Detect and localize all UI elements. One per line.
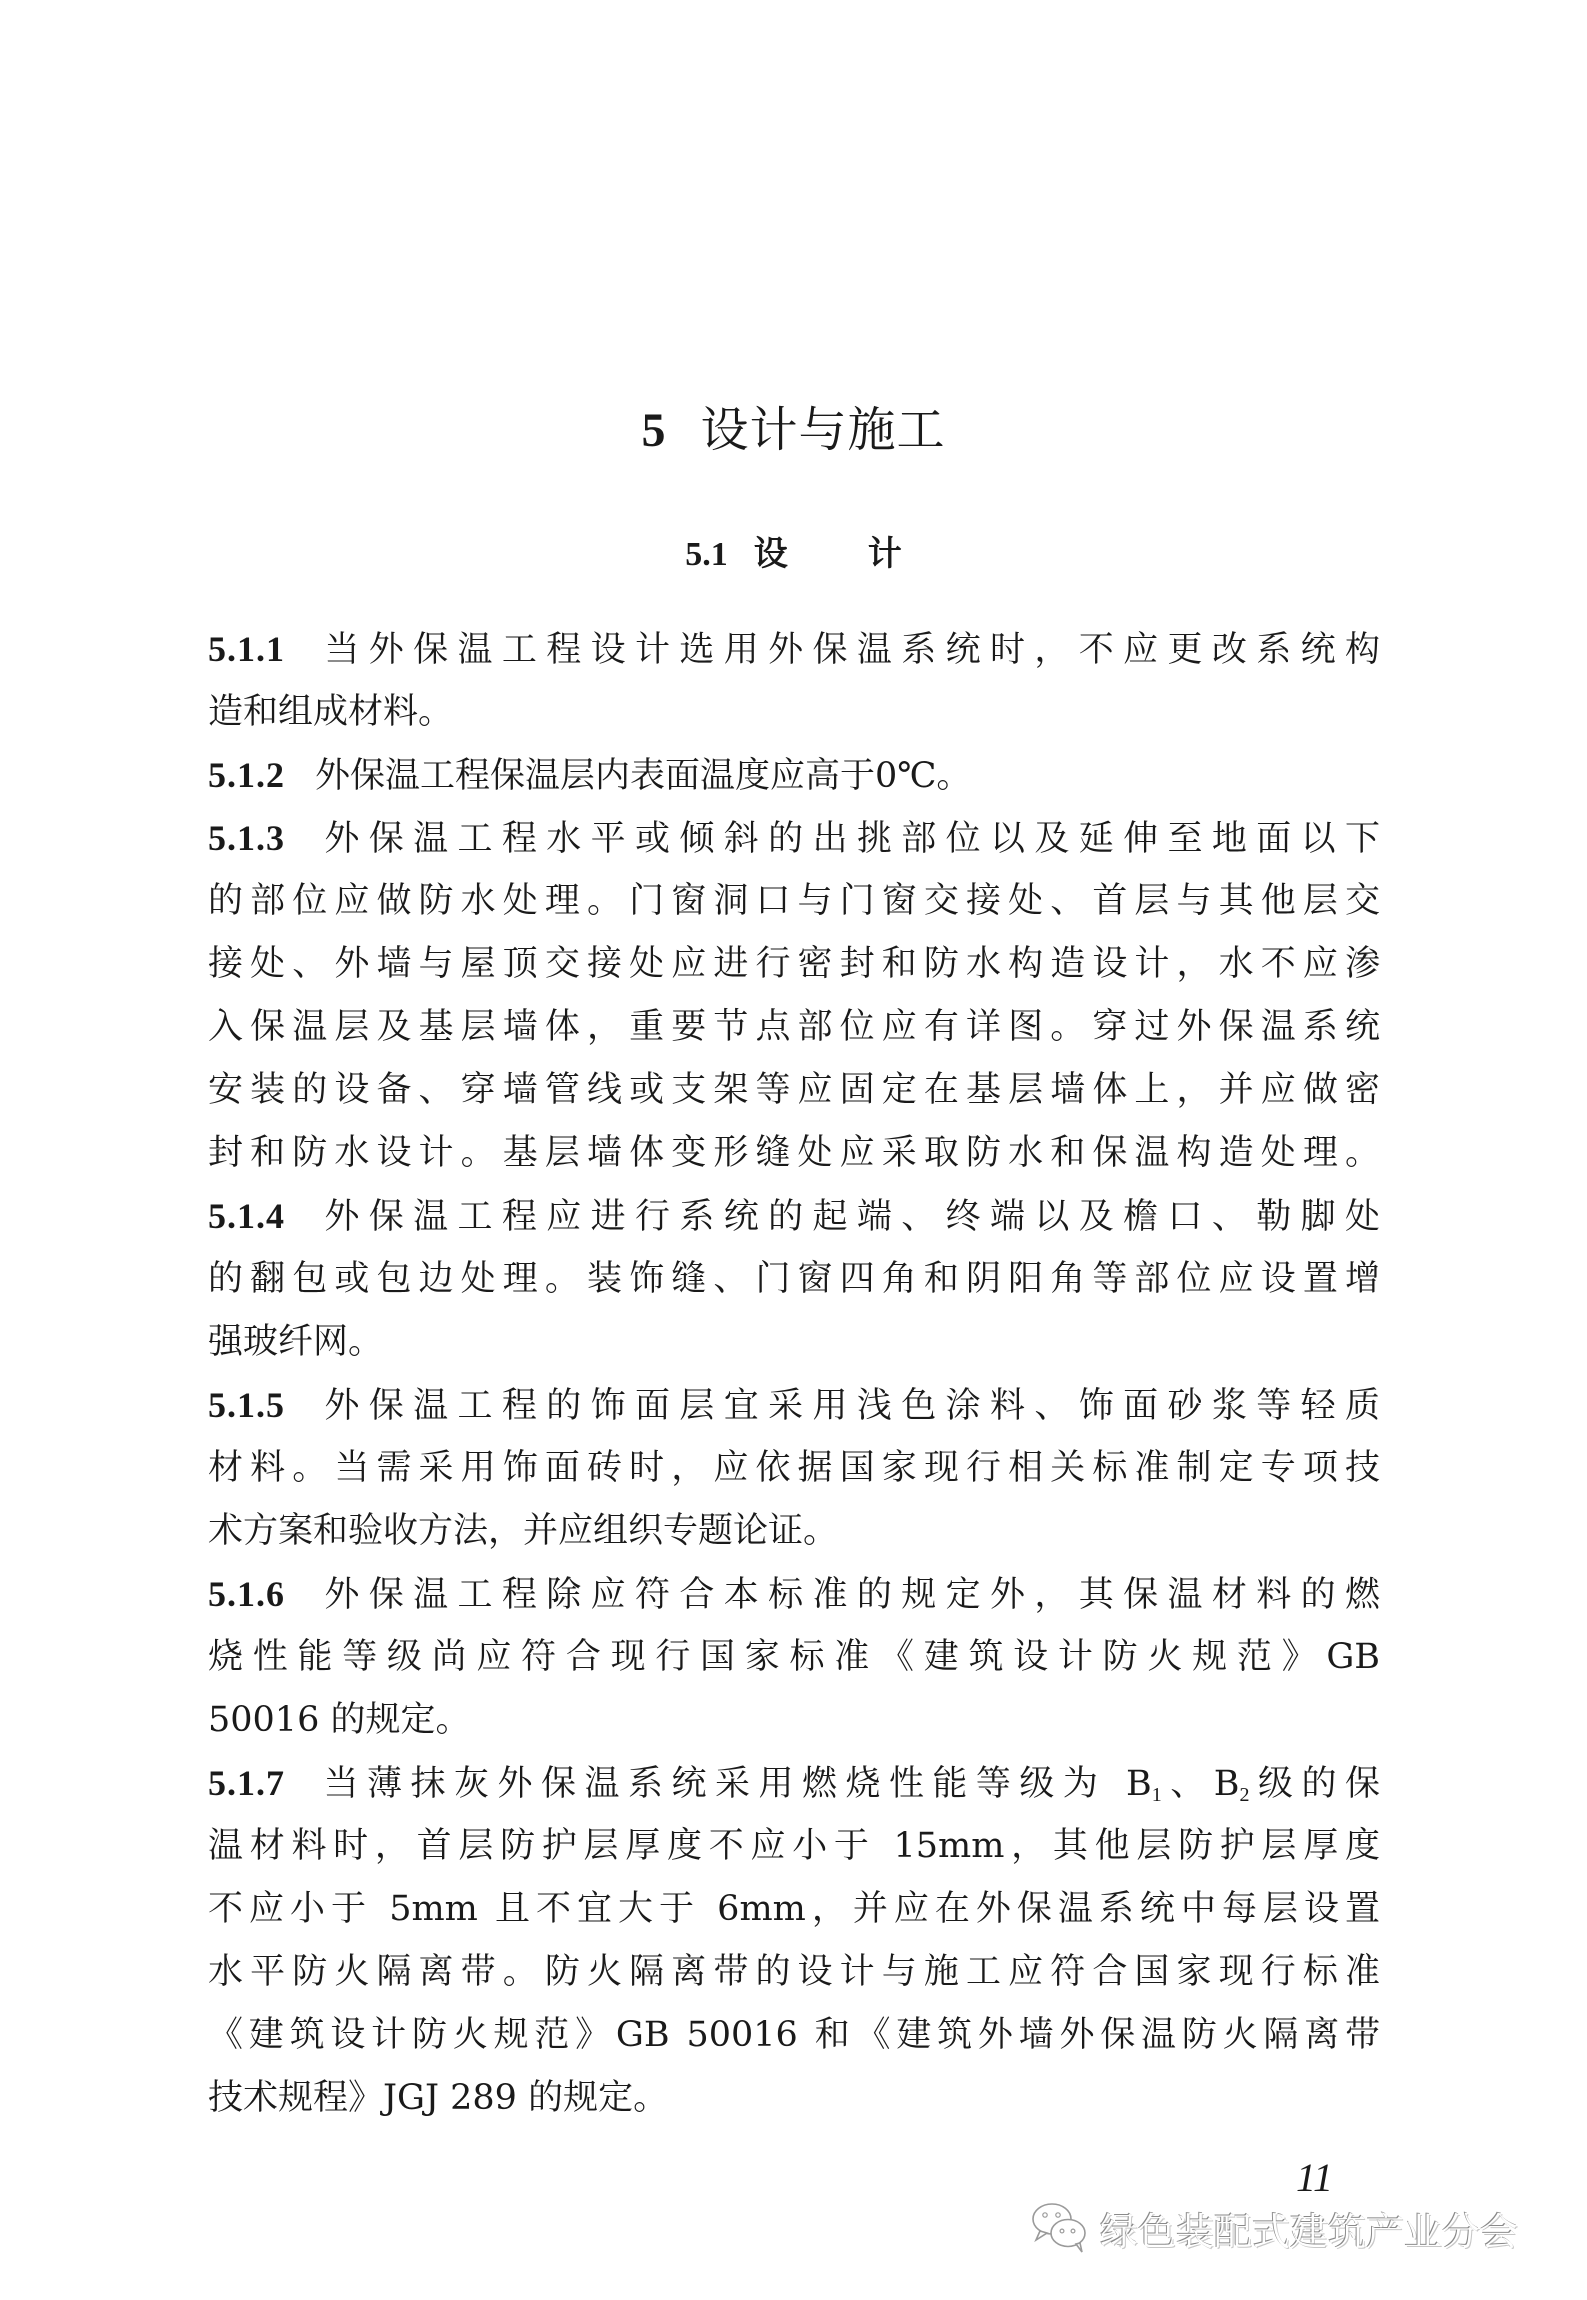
clause-5-1-5-line-3: 术方案和验收方法，并应组织专题论证。	[208, 1500, 1380, 1563]
clause-text: 《建筑设计防火规范》GB 50016 和《建筑外墙外保温防火隔离带	[208, 2015, 1380, 2055]
clause-5-1-1-line-1: 5.1.1当外保温工程设计选用外保温系统时，不应更改系统构	[208, 618, 1380, 681]
clause-text: 技术规程》JGJ 289 的规定。	[208, 2078, 668, 2118]
clause-text: 当外保温工程设计选用外保温系统时，不应更改系统构	[315, 630, 1380, 670]
clause-5-1-7-line-3: 不应小于 5mm 且不宜大于 6mm，并应在外保温系统中每层设置	[208, 1878, 1380, 1941]
clause-text: 入保温层及基层墙体，重要节点部位应有详图。穿过外保温系统	[208, 1007, 1380, 1047]
clause-5-1-4-line-1: 5.1.4外保温工程应进行系统的起端、终端以及檐口、勒脚处	[208, 1185, 1380, 1248]
clause-5-1-2-line-1: 5.1.2外保温工程保温层内表面温度应高于0℃。	[208, 744, 1380, 807]
clause-text: 温材料时，首层防护层厚度不应小于 15mm，其他层防护层厚度	[208, 1826, 1380, 1866]
clause-number: 5.1.3	[208, 818, 285, 858]
clause-5-1-3-line-3: 接处、外墙与屋顶交接处应进行密封和防水构造设计，水不应渗	[208, 933, 1380, 996]
clause-text: 安装的设备、穿墙管线或支架等应固定在基层墙体上，并应做密	[208, 1070, 1380, 1110]
clause-text: 外保温工程的饰面层宜采用浅色涂料、饰面砂浆等轻质	[315, 1386, 1380, 1426]
clause-text: 当薄抹灰外保温系统采用燃烧性能等级为 B	[315, 1764, 1152, 1804]
section-title: 5.1设计	[0, 530, 1587, 578]
clause-5-1-7-line-2: 温材料时，首层防护层厚度不应小于 15mm，其他层防护层厚度	[208, 1815, 1380, 1878]
clause-5-1-6-line-3: 50016 的规定。	[208, 1689, 1380, 1752]
clause-text: 级的保	[1249, 1764, 1380, 1804]
clause-text: 、B	[1162, 1764, 1240, 1804]
clause-text: 接处、外墙与屋顶交接处应进行密封和防水构造设计，水不应渗	[208, 944, 1380, 984]
clause-text: 外保温工程水平或倾斜的出挑部位以及延伸至地面以下	[315, 819, 1380, 859]
clause-number: 5.1.6	[208, 1574, 285, 1614]
subscript-2: 2	[1239, 1784, 1249, 1806]
section-title-part2: 计	[868, 534, 902, 574]
clause-text: 造和组成材料。	[208, 692, 453, 732]
page-number: 11	[1296, 2156, 1333, 2200]
clause-5-1-1-line-2: 造和组成材料。	[208, 681, 1380, 744]
clause-text: 烧性能等级尚应符合现行国家标准《建筑设计防火规范》GB	[208, 1637, 1380, 1677]
clause-5-1-7-line-1: 5.1.7当薄抹灰外保温系统采用燃烧性能等级为 B1、B2级的保	[208, 1752, 1380, 1815]
clause-5-1-5-line-2: 材料。当需采用饰面砖时，应依据国家现行相关标准制定专项技	[208, 1437, 1380, 1500]
clause-5-1-6-line-1: 5.1.6外保温工程除应符合本标准的规定外，其保温材料的燃	[208, 1563, 1380, 1626]
watermark: 绿色装配式建筑产业分会	[1030, 2200, 1518, 2256]
section-title-part1: 设	[754, 534, 788, 574]
wechat-icon	[1030, 2201, 1090, 2255]
clause-number: 5.1.4	[208, 1196, 285, 1236]
clause-text: 的部位应做防水处理。门窗洞口与门窗交接处、首层与其他层交	[208, 881, 1380, 921]
clause-number: 5.1.2	[208, 755, 285, 795]
clause-text: 封和防水设计。基层墙体变形缝处应采取防水和保温构造处理。	[208, 1133, 1380, 1173]
clause-number: 5.1.1	[208, 629, 285, 669]
clause-text: 水平防火隔离带。防火隔离带的设计与施工应符合国家现行标准	[208, 1952, 1380, 1992]
clause-5-1-4-line-2: 的翻包或包边处理。装饰缝、门窗四角和阴阳角等部位应设置增	[208, 1248, 1380, 1311]
clause-5-1-3-line-2: 的部位应做防水处理。门窗洞口与门窗交接处、首层与其他层交	[208, 870, 1380, 933]
clause-5-1-6-line-2: 烧性能等级尚应符合现行国家标准《建筑设计防火规范》GB	[208, 1626, 1380, 1689]
section-number: 5.1	[685, 536, 728, 573]
clause-5-1-4-line-3: 强玻纤网。	[208, 1311, 1380, 1374]
clause-number: 5.1.5	[208, 1385, 285, 1425]
clause-5-1-7-line-4: 水平防火隔离带。防火隔离带的设计与施工应符合国家现行标准	[208, 1941, 1380, 2004]
clause-5-1-3-line-1: 5.1.3外保温工程水平或倾斜的出挑部位以及延伸至地面以下	[208, 807, 1380, 870]
clause-text: 外保温工程除应符合本标准的规定外，其保温材料的燃	[315, 1575, 1380, 1615]
subscript-1: 1	[1152, 1784, 1162, 1806]
chapter-number: 5	[641, 404, 666, 457]
clause-text: 50016 的规定。	[208, 1700, 470, 1740]
clause-text: 术方案和验收方法，并应组织专题论证。	[208, 1511, 838, 1551]
clause-5-1-5-line-1: 5.1.5外保温工程的饰面层宜采用浅色涂料、饰面砂浆等轻质	[208, 1374, 1380, 1437]
clause-text: 外保温工程保温层内表面温度应高于0℃。	[315, 756, 971, 796]
clause-5-1-3-line-5: 安装的设备、穿墙管线或支架等应固定在基层墙体上，并应做密	[208, 1059, 1380, 1122]
clause-text: 外保温工程应进行系统的起端、终端以及檐口、勒脚处	[315, 1197, 1380, 1237]
clause-text: 不应小于 5mm 且不宜大于 6mm，并应在外保温系统中每层设置	[208, 1889, 1380, 1929]
watermark-text: 绿色装配式建筑产业分会	[1100, 2201, 1518, 2256]
clause-number: 5.1.7	[208, 1763, 285, 1803]
clause-text: 强玻纤网。	[208, 1322, 383, 1362]
clause-5-1-7-line-6: 技术规程》JGJ 289 的规定。	[208, 2067, 1380, 2130]
clause-5-1-7-line-5: 《建筑设计防火规范》GB 50016 和《建筑外墙外保温防火隔离带	[208, 2004, 1380, 2067]
clause-text: 的翻包或包边处理。装饰缝、门窗四角和阴阳角等部位应设置增	[208, 1259, 1380, 1299]
clause-text: 材料。当需采用饰面砖时，应依据国家现行相关标准制定专项技	[208, 1448, 1380, 1488]
chapter-title-text: 设计与施工	[700, 402, 945, 458]
clause-5-1-3-line-4: 入保温层及基层墙体，重要节点部位应有详图。穿过外保温系统	[208, 996, 1380, 1059]
chapter-title: 5设计与施工	[0, 398, 1587, 462]
document-body: 5.1.1当外保温工程设计选用外保温系统时，不应更改系统构 造和组成材料。 5.…	[208, 618, 1380, 2130]
clause-5-1-3-line-6: 封和防水设计。基层墙体变形缝处应采取防水和保温构造处理。	[208, 1122, 1380, 1185]
